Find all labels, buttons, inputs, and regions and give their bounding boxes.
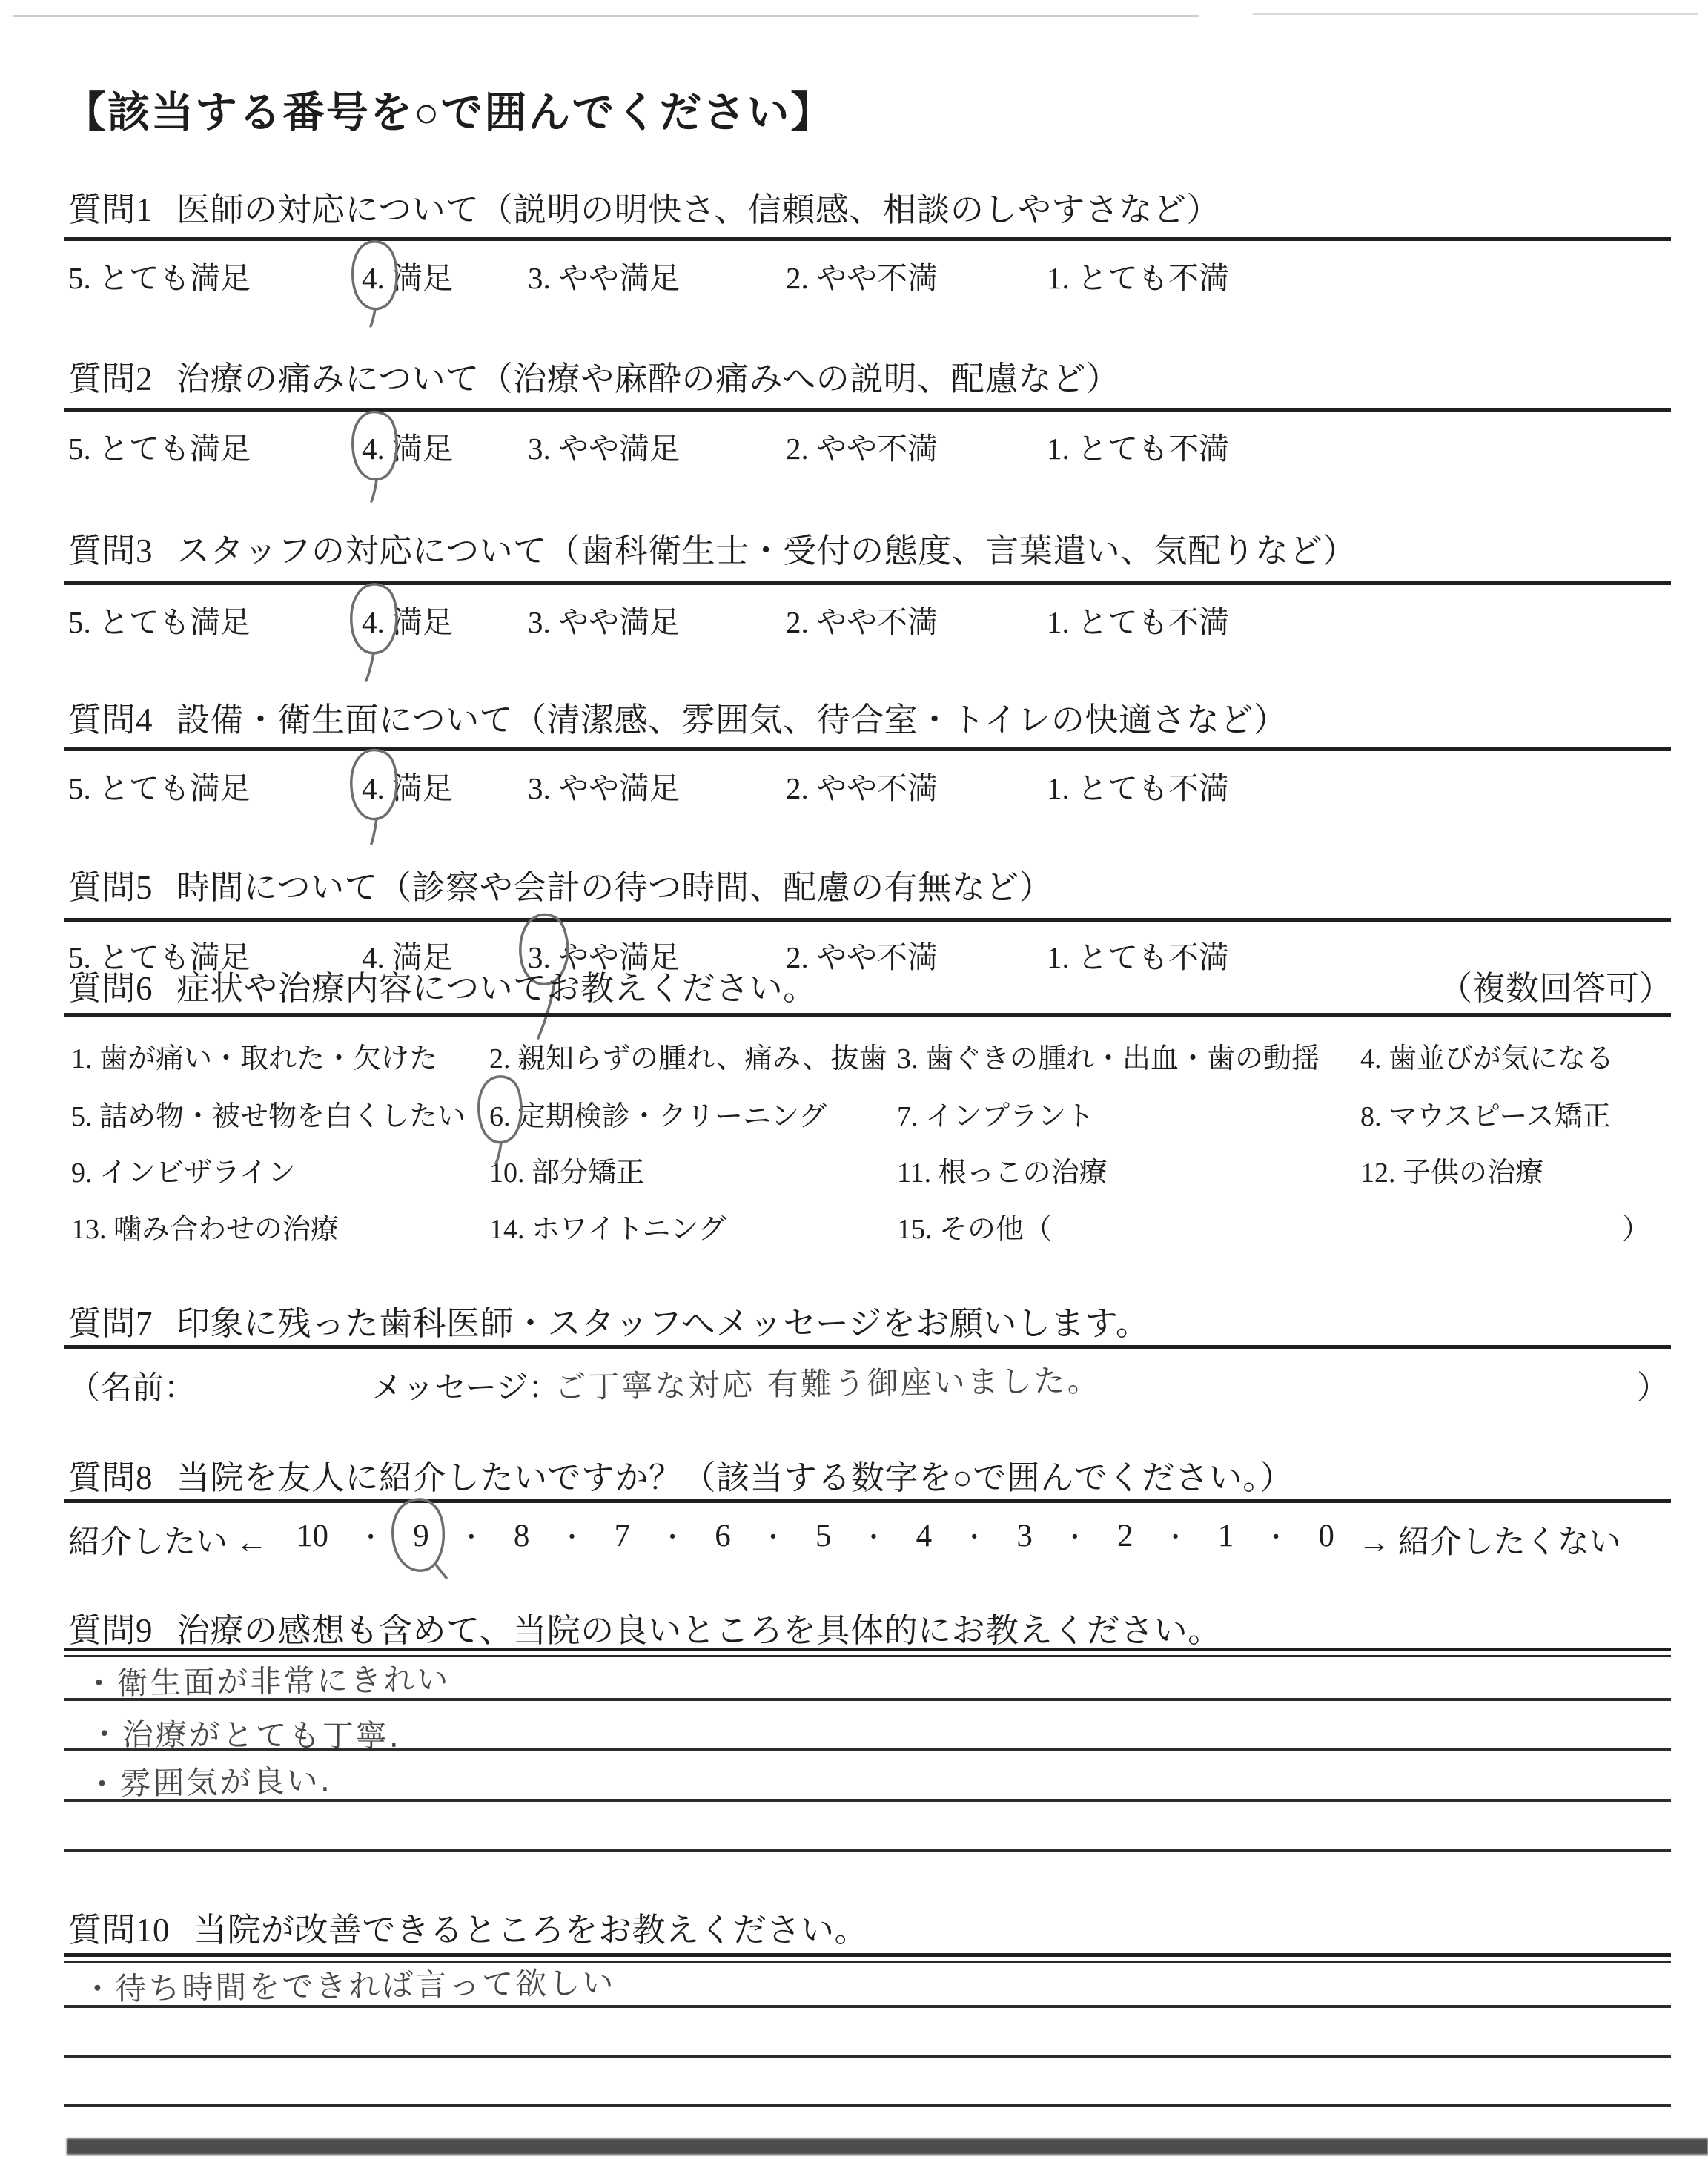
scale-dot: ・ bbox=[660, 1517, 685, 1553]
option-3: 3. やや満足 bbox=[528, 424, 680, 468]
answer-line bbox=[64, 1849, 1671, 1852]
option-1: 1. とても不満 bbox=[1047, 933, 1229, 977]
divider-rule bbox=[64, 1013, 1671, 1017]
divider-rule bbox=[64, 918, 1671, 922]
question-4-options: 5. とても満足 4. 満足 3. やや満足 2. やや不満 1. とても不満 bbox=[0, 764, 1708, 808]
scale-right-label: → 紹介したくない bbox=[1358, 1517, 1621, 1562]
question-1-options: 5. とても満足 4. 満足 3. やや満足 2. やや不満 1. とても不満 bbox=[0, 254, 1708, 298]
question-7-text: 印象に残った歯科医師・スタッフへメッセージをお願いします。 bbox=[176, 1305, 1149, 1342]
option-4: 4. 満足 bbox=[362, 764, 453, 807]
close-paren: ） bbox=[1637, 1363, 1669, 1408]
option-3: 3. やや満足 bbox=[528, 254, 680, 297]
handwritten-answer-q10: ・待ち時間をできれば言って欲しい bbox=[82, 1958, 616, 2009]
q6-item-11: 11. 根っこの治療 bbox=[897, 1149, 1108, 1190]
scale-dot: ・ bbox=[761, 1517, 786, 1553]
question-9-header: 質問9治療の感想も含めて、当院の良いところを具体的にお教えください。 bbox=[68, 1603, 1222, 1651]
answer-line bbox=[64, 1748, 1671, 1751]
q6-item-13: 13. 噛み合わせの治療 bbox=[71, 1206, 339, 1246]
divider-rule bbox=[64, 237, 1671, 241]
name-label: （名前： bbox=[68, 1363, 196, 1408]
scale-0: 0 bbox=[1318, 1518, 1334, 1554]
answer-line bbox=[64, 2104, 1671, 2107]
handwritten-message: ご丁寧な対応 有難う御座いました。 bbox=[555, 1356, 1101, 1407]
question-7-header: 質問7印象に残った歯科医師・スタッフへメッセージをお願いします。 bbox=[68, 1296, 1149, 1344]
question-2-text: 治療の痛みについて（治療や麻酔の痛みへの説明、配慮など） bbox=[176, 360, 1119, 397]
divider-rule bbox=[64, 1499, 1671, 1503]
option-2: 2. やや不満 bbox=[786, 424, 938, 468]
q6-item-1: 1. 歯が痛い・取れた・欠けた bbox=[71, 1035, 437, 1076]
divider-rule bbox=[64, 408, 1671, 412]
question-1-text: 医師の対応について（説明の明快さ、信頼感、相談のしやすさなど） bbox=[176, 191, 1220, 228]
question-6-header: 質問6症状や治療内容についてお教えください。 bbox=[68, 961, 817, 1009]
scale-dot: ・ bbox=[961, 1517, 987, 1553]
question-2-number: 質問2 bbox=[68, 360, 153, 397]
q6-item-10: 10. 部分矯正 bbox=[489, 1149, 644, 1190]
question-5-text: 時間について（診察や会計の待つ時間、配慮の有無など） bbox=[176, 869, 1053, 906]
option-2: 2. やや不満 bbox=[786, 254, 938, 297]
question-4-text: 設備・衛生面について（清潔感、雰囲気、待合室・トイレの快適さなど） bbox=[176, 701, 1287, 739]
scale-dot: ・ bbox=[358, 1517, 383, 1553]
recommendation-scale: 10 ・ 9 ・ 8 ・ 7 ・ 6 ・ 5 ・ 4 ・ 3 ・ 2 ・ 1 ・… bbox=[297, 1517, 1334, 1554]
option-1: 1. とても不満 bbox=[1047, 598, 1229, 641]
question-9-number: 質問9 bbox=[68, 1612, 153, 1649]
scale-dot: ・ bbox=[1263, 1517, 1288, 1553]
option-1: 1. とても不満 bbox=[1047, 254, 1229, 297]
q6-item-4: 4. 歯並びが気になる bbox=[1360, 1035, 1614, 1076]
divider-rule bbox=[64, 1345, 1671, 1349]
answer-line bbox=[64, 1799, 1671, 1802]
q6-item-12: 12. 子供の治療 bbox=[1360, 1149, 1543, 1190]
scale-left-label: 紹介したい ← bbox=[68, 1517, 268, 1562]
scale-4: 4 bbox=[916, 1518, 933, 1554]
scale-9: 9 bbox=[413, 1518, 429, 1554]
question-6-row-1: 1. 歯が痛い・取れた・欠けた 2. 親知らずの腫れ、痛み、抜歯 3. 歯ぐきの… bbox=[0, 1035, 1708, 1077]
scan-artifact-top-line-2 bbox=[1253, 13, 1698, 15]
question-10-number: 質問10 bbox=[68, 1912, 170, 1949]
form-title: 【該当する番号を○で囲んでください】 bbox=[64, 79, 834, 139]
question-1-header: 質問1医師の対応について（説明の明快さ、信頼感、相談のしやすさなど） bbox=[68, 182, 1220, 231]
q6-item-5: 5. 詰め物・被せ物を白くしたい bbox=[71, 1093, 466, 1134]
question-3-number: 質問3 bbox=[68, 532, 153, 569]
question-2-options: 5. とても満足 4. 満足 3. やや満足 2. やや不満 1. とても不満 bbox=[0, 424, 1708, 469]
question-6-text: 症状や治療内容についてお教えください。 bbox=[176, 970, 817, 1007]
question-6-row-3: 9. インビザライン 10. 部分矯正 11. 根っこの治療 12. 子供の治療 bbox=[0, 1149, 1708, 1191]
question-2-header: 質問2治療の痛みについて（治療や麻酔の痛みへの説明、配慮など） bbox=[68, 351, 1119, 400]
divider-double-rule bbox=[64, 1953, 1671, 1963]
scale-2: 2 bbox=[1117, 1518, 1133, 1554]
q6-item-7: 7. インプラント bbox=[897, 1093, 1094, 1134]
scale-dot: ・ bbox=[861, 1517, 887, 1553]
handwritten-answer-3: ・雰囲気が良い. bbox=[86, 1756, 332, 1805]
scale-1: 1 bbox=[1218, 1518, 1234, 1554]
option-4: 4. 満足 bbox=[362, 424, 453, 468]
question-6-row-2: 5. 詰め物・被せ物を白くしたい 6. 定期検診・クリーニング 7. インプラン… bbox=[0, 1093, 1708, 1135]
answer-line bbox=[64, 1698, 1671, 1701]
option-5: 5. とても満足 bbox=[68, 598, 251, 641]
option-4: 4. 満足 bbox=[362, 598, 453, 641]
question-4-number: 質問4 bbox=[68, 701, 153, 739]
option-2: 2. やや不満 bbox=[786, 764, 938, 807]
answer-line bbox=[64, 2005, 1671, 2008]
q6-item-8: 8. マウスピース矯正 bbox=[1360, 1093, 1610, 1134]
q6-item-14: 14. ホワイトニング bbox=[489, 1206, 726, 1246]
scale-10: 10 bbox=[297, 1518, 328, 1554]
question-8-number: 質問8 bbox=[68, 1459, 153, 1496]
scale-8: 8 bbox=[514, 1518, 530, 1554]
question-9-text: 治療の感想も含めて、当院の良いところを具体的にお教えください。 bbox=[176, 1612, 1222, 1649]
scale-3: 3 bbox=[1016, 1518, 1033, 1554]
option-3: 3. やや満足 bbox=[528, 764, 680, 807]
question-8-header: 質問8当院を友人に紹介したいですか？（該当する数字を○で囲んでください。） bbox=[68, 1450, 1294, 1499]
question-6-number: 質問6 bbox=[68, 970, 153, 1007]
option-1: 1. とても不満 bbox=[1047, 764, 1229, 807]
answer-line bbox=[64, 2055, 1671, 2058]
q6-item-15: 15. その他（ bbox=[897, 1206, 1052, 1246]
option-5: 5. とても満足 bbox=[68, 424, 251, 468]
q6-item-3: 3. 歯ぐきの腫れ・出血・歯の動揺 bbox=[897, 1035, 1320, 1076]
scale-dot: ・ bbox=[559, 1517, 584, 1553]
question-4-header: 質問4設備・衛生面について（清潔感、雰囲気、待合室・トイレの快適さなど） bbox=[68, 693, 1287, 741]
scan-artifact-top-line bbox=[13, 15, 1199, 17]
scale-7: 7 bbox=[615, 1518, 631, 1554]
q6-item-2: 2. 親知らずの腫れ、痛み、抜歯 bbox=[489, 1035, 887, 1076]
option-2: 2. やや不満 bbox=[786, 598, 938, 641]
q6-item-9: 9. インビザライン bbox=[71, 1149, 296, 1190]
question-3-text: スタッフの対応について（歯科衛生士・受付の態度、言葉遣い、気配りなど） bbox=[176, 532, 1357, 569]
question-5-header: 質問5時間について（診察や会計の待つ時間、配慮の有無など） bbox=[68, 860, 1053, 908]
scale-dot: ・ bbox=[1062, 1517, 1088, 1553]
message-label: メッセージ： bbox=[371, 1363, 560, 1408]
q6-item-6: 6. 定期検診・クリーニング bbox=[489, 1093, 827, 1134]
divider-double-rule bbox=[64, 1648, 1671, 1657]
divider-rule bbox=[64, 581, 1671, 585]
scale-dot: ・ bbox=[459, 1517, 484, 1553]
question-3-header: 質問3スタッフの対応について（歯科衛生士・受付の態度、言葉遣い、気配りなど） bbox=[68, 524, 1357, 572]
question-8-text: 当院を友人に紹介したいですか？（該当する数字を○で囲んでください。） bbox=[176, 1459, 1294, 1496]
handwritten-answer-1: ・衛生面が非常にきれい bbox=[83, 1655, 451, 1704]
option-4: 4. 満足 bbox=[362, 254, 453, 297]
option-3: 3. やや満足 bbox=[528, 598, 680, 641]
option-5: 5. とても満足 bbox=[68, 254, 251, 297]
option-1: 1. とても不満 bbox=[1047, 424, 1229, 468]
scale-5: 5 bbox=[815, 1518, 832, 1554]
scan-artifact-bottom-band bbox=[67, 2138, 1708, 2155]
question-1-number: 質問1 bbox=[68, 191, 153, 228]
question-6-row-4: 13. 噛み合わせの治療 14. ホワイトニング 15. その他（ ） bbox=[0, 1206, 1708, 1247]
q6-item-15-close-paren: ） bbox=[1622, 1206, 1650, 1246]
option-5: 5. とても満足 bbox=[68, 764, 251, 807]
question-10-text: 当院が改善できるところをお教えください。 bbox=[193, 1912, 868, 1949]
question-10-header: 質問10当院が改善できるところをお教えください。 bbox=[68, 1903, 868, 1951]
question-3-options: 5. とても満足 4. 満足 3. やや満足 2. やや不満 1. とても不満 bbox=[0, 598, 1708, 642]
scale-6: 6 bbox=[715, 1518, 731, 1554]
multiple-answers-note: （複数回答可） bbox=[1439, 961, 1672, 1009]
question-7-number: 質問7 bbox=[68, 1305, 153, 1342]
question-5-number: 質問5 bbox=[68, 869, 153, 906]
survey-form-scan: 【該当する番号を○で囲んでください】 質問1医師の対応について（説明の明快さ、信… bbox=[0, 0, 1708, 2160]
scale-dot: ・ bbox=[1163, 1517, 1188, 1553]
divider-rule bbox=[64, 747, 1671, 751]
